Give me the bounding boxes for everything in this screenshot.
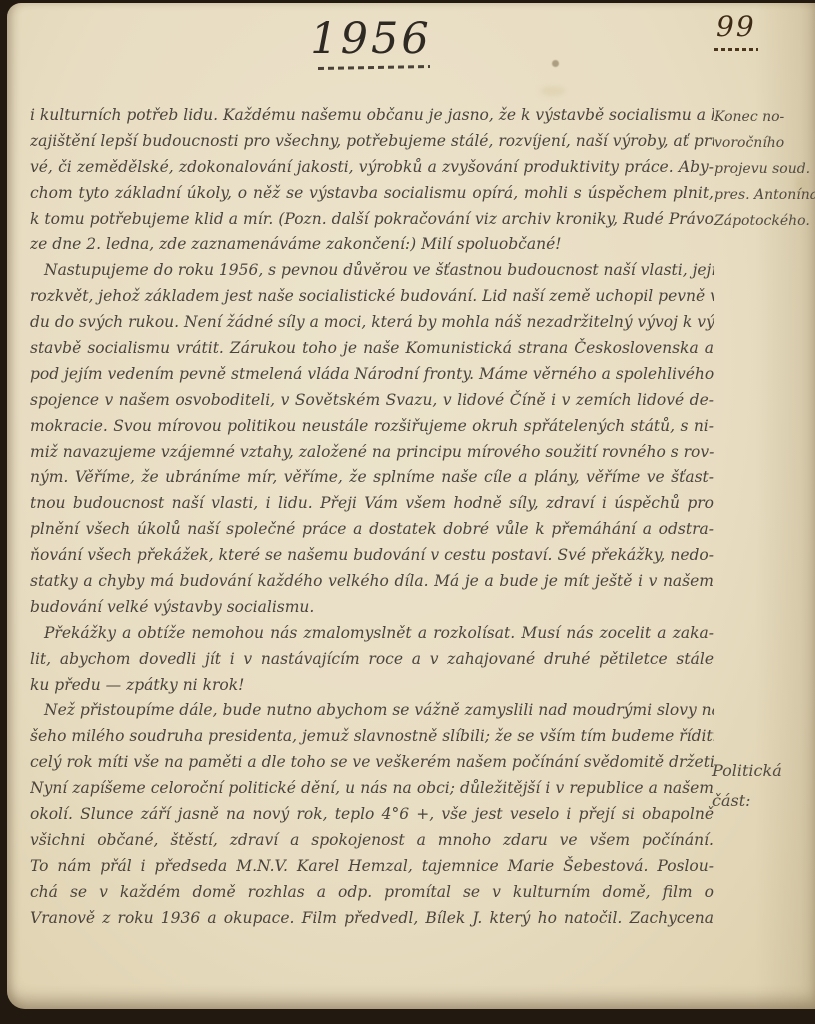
- chronicle-page-photo: 1956 99 i kulturních potřeb lidu. Každém…: [0, 0, 815, 1024]
- manuscript-line: Než přistoupíme dále, bude nutno abychom…: [30, 698, 714, 724]
- manuscript-line: k tomu potřebujeme klid a mír. (Pozn. da…: [30, 207, 714, 233]
- margin-note-line: Zápotockého.: [714, 208, 814, 234]
- manuscript-line: pod jejím vedením pevně stmelená vláda N…: [30, 362, 714, 388]
- manuscript-line: budování velké výstavby socialismu.: [30, 595, 714, 621]
- margin-note-line: Politická: [712, 756, 812, 786]
- manuscript-line: okolí. Slunce září jasně na nový rok, te…: [30, 802, 714, 828]
- manuscript-line: chom tyto základní úkoly, o něž se výsta…: [30, 181, 714, 207]
- manuscript-line: Nastupujeme do roku 1956, s pevnou důvěr…: [30, 258, 714, 284]
- margin-note-line: pres. Antonína: [714, 182, 814, 208]
- paper-stain: [540, 86, 566, 96]
- manuscript-line: lit, abychom dovedli jít i v nastávající…: [30, 647, 714, 673]
- manuscript-line: To nám přál i předseda M.N.V. Karel Hemz…: [30, 854, 714, 880]
- manuscript-line: i kulturních potřeb lidu. Každému našemu…: [30, 103, 714, 129]
- manuscript-line: ze dne 2. ledna, zde zaznamenáváme zakon…: [30, 232, 714, 258]
- manuscript-line: ňování všech překážek, které se našemu b…: [30, 543, 714, 569]
- manuscript-line: šeho milého soudruha presidenta, jemuž s…: [30, 724, 714, 750]
- margin-note-line: Konec no-: [714, 104, 814, 130]
- margin-note-line: část:: [712, 786, 812, 816]
- manuscript-line: stavbě socialismu vrátit. Zárukou toho j…: [30, 336, 714, 362]
- margin-note-line: voročního: [714, 130, 814, 156]
- manuscript-line: plnění všech úkolů naší společné práce a…: [30, 517, 714, 543]
- manuscript-line: Překážky a obtíže nemohou nás zmalomysln…: [30, 621, 714, 647]
- manuscript-line: ku předu — zpátky ni krok!: [30, 673, 714, 699]
- margin-note-line: projevu soud.: [714, 156, 814, 182]
- page-number: 99: [716, 10, 776, 43]
- manuscript-line: celý rok míti vše na paměti a dle toho s…: [30, 750, 714, 776]
- manuscript-line: du do svých rukou. Není žádné síly a moc…: [30, 310, 714, 336]
- margin-note-political-part: Politická část:: [712, 756, 812, 816]
- manuscript-line: mokracie. Svou mírovou politikou neustál…: [30, 414, 714, 440]
- manuscript-line: zajištění lepší budoucnosti pro všechny,…: [30, 129, 714, 155]
- manuscript-line: statky a chyby má budování každého velké…: [30, 569, 714, 595]
- year-title: 1956: [30, 14, 712, 64]
- manuscript-body: i kulturních potřeb lidu. Každému našemu…: [30, 103, 714, 939]
- manuscript-line: ným. Věříme, že ubráníme mír, věříme, že…: [30, 465, 714, 491]
- manuscript-line: všichni občané, štěstí, zdraví a spokoje…: [30, 828, 714, 854]
- manuscript-line: spojence v našem osvoboditeli, v Sovětsk…: [30, 388, 714, 414]
- margin-note-new-year-speech: Konec no- voročního projevu soud. pres. …: [714, 104, 814, 234]
- manuscript-line: Vranově z roku 1936 a okupace. Film před…: [30, 906, 714, 932]
- manuscript-line: tnou budoucnost naší vlasti, i lidu. Pře…: [30, 491, 714, 517]
- manuscript-line: chá se v každém domě rozhlas a odp. prom…: [30, 880, 714, 906]
- page-number-underline: [714, 48, 758, 51]
- manuscript-line: Nyní zapíšeme celoroční politické dění, …: [30, 776, 714, 802]
- manuscript-line: rozkvět, jehož základem jest naše social…: [30, 284, 714, 310]
- manuscript-line: vé, či zemědělské, zdokonalování jakosti…: [30, 155, 714, 181]
- manuscript-line: miž navazujeme vzájemné vztahy, založené…: [30, 440, 714, 466]
